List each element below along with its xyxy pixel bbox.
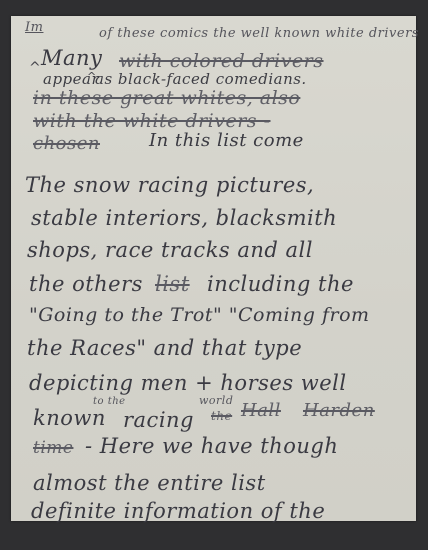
manuscript-page: Im of these comics the well known white …	[11, 16, 416, 521]
struck-text: in these great whites, also	[33, 87, 300, 109]
text-line: known	[33, 406, 106, 430]
text-line: In this list come	[149, 130, 304, 151]
struck-text: Harden	[303, 400, 375, 421]
insertion-text: world	[199, 394, 233, 407]
text-line: - Here we have though	[85, 434, 338, 458]
text-line: definite information of the	[31, 499, 325, 523]
text-line: the others	[29, 272, 143, 296]
insertion-text: to the	[93, 396, 126, 407]
text-line: racing	[123, 408, 194, 432]
insertion-caret-icon: ^	[29, 60, 41, 76]
text-line: including the	[207, 272, 354, 296]
text-line: almost the entire list	[33, 471, 266, 495]
text-line: the Races" and that type	[27, 336, 302, 360]
struck-text: with colored drivers	[119, 50, 324, 72]
marginal-note: Im	[25, 20, 43, 35]
struck-text: with the white drivers -	[33, 110, 271, 132]
struck-text: time	[33, 438, 73, 458]
insertion-line: of these comics the well known white dri…	[99, 26, 419, 41]
text-line: depicting men + horses well	[29, 371, 347, 395]
text-line: The snow racing pictures,	[25, 173, 314, 197]
struck-text: chosen	[33, 133, 100, 154]
text-line: Many	[41, 46, 102, 70]
text-line: as black-faced comedians.	[95, 70, 307, 88]
text-line: stable interiors, blacksmith	[31, 206, 337, 230]
text-line: shops, race tracks and all	[27, 238, 313, 262]
struck-text: Hall	[241, 400, 281, 421]
struck-text: the	[211, 409, 232, 423]
struck-text: list	[155, 272, 190, 296]
text-line: "Going to the Trot" "Coming from	[29, 304, 370, 326]
